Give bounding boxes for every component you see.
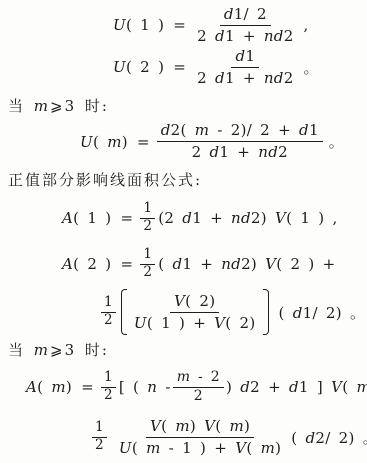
paper-formula-page: U( 1 ) = d1/ 2 2 d1 + nd2 , U( 2 ) = d1 … [0,0,367,463]
equation-lhs: A( 1 ) [62,209,111,227]
equals-sign: = [81,378,94,396]
one-half-fraction: 1 2 [101,295,116,328]
fraction-denominator: U( m - 1 ) + V( m) [115,438,285,458]
equals-sign: = [173,16,186,34]
left-bracket [121,289,127,335]
equation-tail: , [304,16,309,34]
fraction-denominator: 2 [140,219,155,235]
section-title: 正值部分影响线面积公式: [8,169,202,190]
fraction-denominator: 2 [140,265,155,281]
bracket-close-segment: ) d2 + d1 ] V( m) + [226,378,367,396]
fraction-numerator: d1/ 2 [220,5,271,26]
condition-text-1: 当 m⩾3 时: [8,95,367,115]
fraction-denominator: 2 d1 + nd2 [193,26,297,46]
equation-a1: A( 1 ) = 1 2 (2 d1 + nd2) V( 1 ) , [62,196,367,240]
fraction-denominator: 2 [101,388,116,404]
right-bracket [263,289,269,335]
one-half-fraction: 1 2 [92,420,107,453]
condition-label: 当 m⩾3 时: [8,95,109,116]
equation-lhs: A( m) [26,378,72,396]
condition-text-2: 当 m⩾3 时: [8,339,367,359]
equation-lhs: U( 1 ) [113,16,164,34]
bracket-open-segment: [ ( n - [119,378,171,396]
equals-sign: = [137,133,150,151]
fraction-numerator: 1 [92,420,107,438]
fraction-numerator: 1 [101,370,116,388]
condition-label: 当 m⩾3 时: [8,339,109,360]
equation-um: U( m) = d2( m - 2)/ 2 + d1 2 d1 + nd2 。 [80,119,367,164]
fraction-numerator: V( m) V( m) [146,417,254,438]
fraction-numerator: 1 [101,295,116,313]
equation-am-part1: A( m) = 1 2 [ ( n - m - 2 2 ) d2 + d1 ] … [26,364,367,410]
fraction: V( m) V( m) U( m - 1 ) + V( m) [115,417,285,458]
equation-rhs: (2 d1 + nd2) V( 1 ) , [158,209,337,227]
equation-am-part2: 1 2 V( m) V( m) U( m - 1 ) + V( m) ( d2/… [92,414,367,460]
equation-lhs: A( 2 ) [62,255,111,273]
fraction: d2( m - 2)/ 2 + d1 2 d1 + nd2 [157,121,323,162]
fraction-numerator: V( 2) [170,292,219,313]
equation-tail: 。 [329,131,344,152]
fraction-numerator: d1 [231,47,259,68]
equals-sign: = [173,58,186,76]
equation-u1: U( 1 ) = d1/ 2 2 d1 + nd2 , [113,4,367,46]
equation-lhs: U( m) [80,133,128,151]
fraction: V( 2) U( 1 ) + V( 2) [130,292,260,333]
equation-u2: U( 2 ) = d1 2 d1 + nd2 。 [113,46,367,88]
fraction-numerator: d2( m - 2)/ 2 + d1 [157,121,323,142]
fraction-denominator: 2 [190,388,207,404]
equation-a2-part1: A( 2 ) = 1 2 ( d1 + nd2) V( 2 ) + [62,242,367,286]
equals-sign: = [120,209,133,227]
fraction-denominator: U( 1 ) + V( 2) [130,313,260,333]
one-half-fraction: 1 2 [140,201,155,234]
fraction-denominator: 2 d1 + nd2 [188,142,292,162]
inline-fraction: m - 2 2 [173,370,224,404]
fraction: d1 2 d1 + nd2 [193,47,297,88]
fraction-denominator: 2 [92,438,107,454]
fraction-denominator: 2 d1 + nd2 [193,68,297,88]
fraction: d1/ 2 2 d1 + nd2 [193,5,297,46]
equation-rhs: ( d1 + nd2) V( 2 ) + [158,255,335,273]
fraction-numerator: 1 [140,201,155,219]
equals-sign: = [120,255,133,273]
fraction-denominator: 2 [101,313,116,329]
equation-lhs: U( 2 ) [113,58,164,76]
fraction-numerator: m - 2 [173,370,224,387]
equation-a2-part2: 1 2 V( 2) U( 1 ) + V( 2) ( d1/ 2) 。 [101,288,367,336]
one-half-fraction: 1 2 [101,370,116,403]
one-half-fraction: 1 2 [140,247,155,280]
equation-tail: ( d1/ 2) 。 [279,302,366,323]
equation-tail: ( d2/ 2) 。 [291,427,367,448]
section-title-row: 正值部分影响线面积公式: [8,169,367,189]
equation-tail: 。 [304,57,319,78]
fraction-numerator: 1 [140,247,155,265]
